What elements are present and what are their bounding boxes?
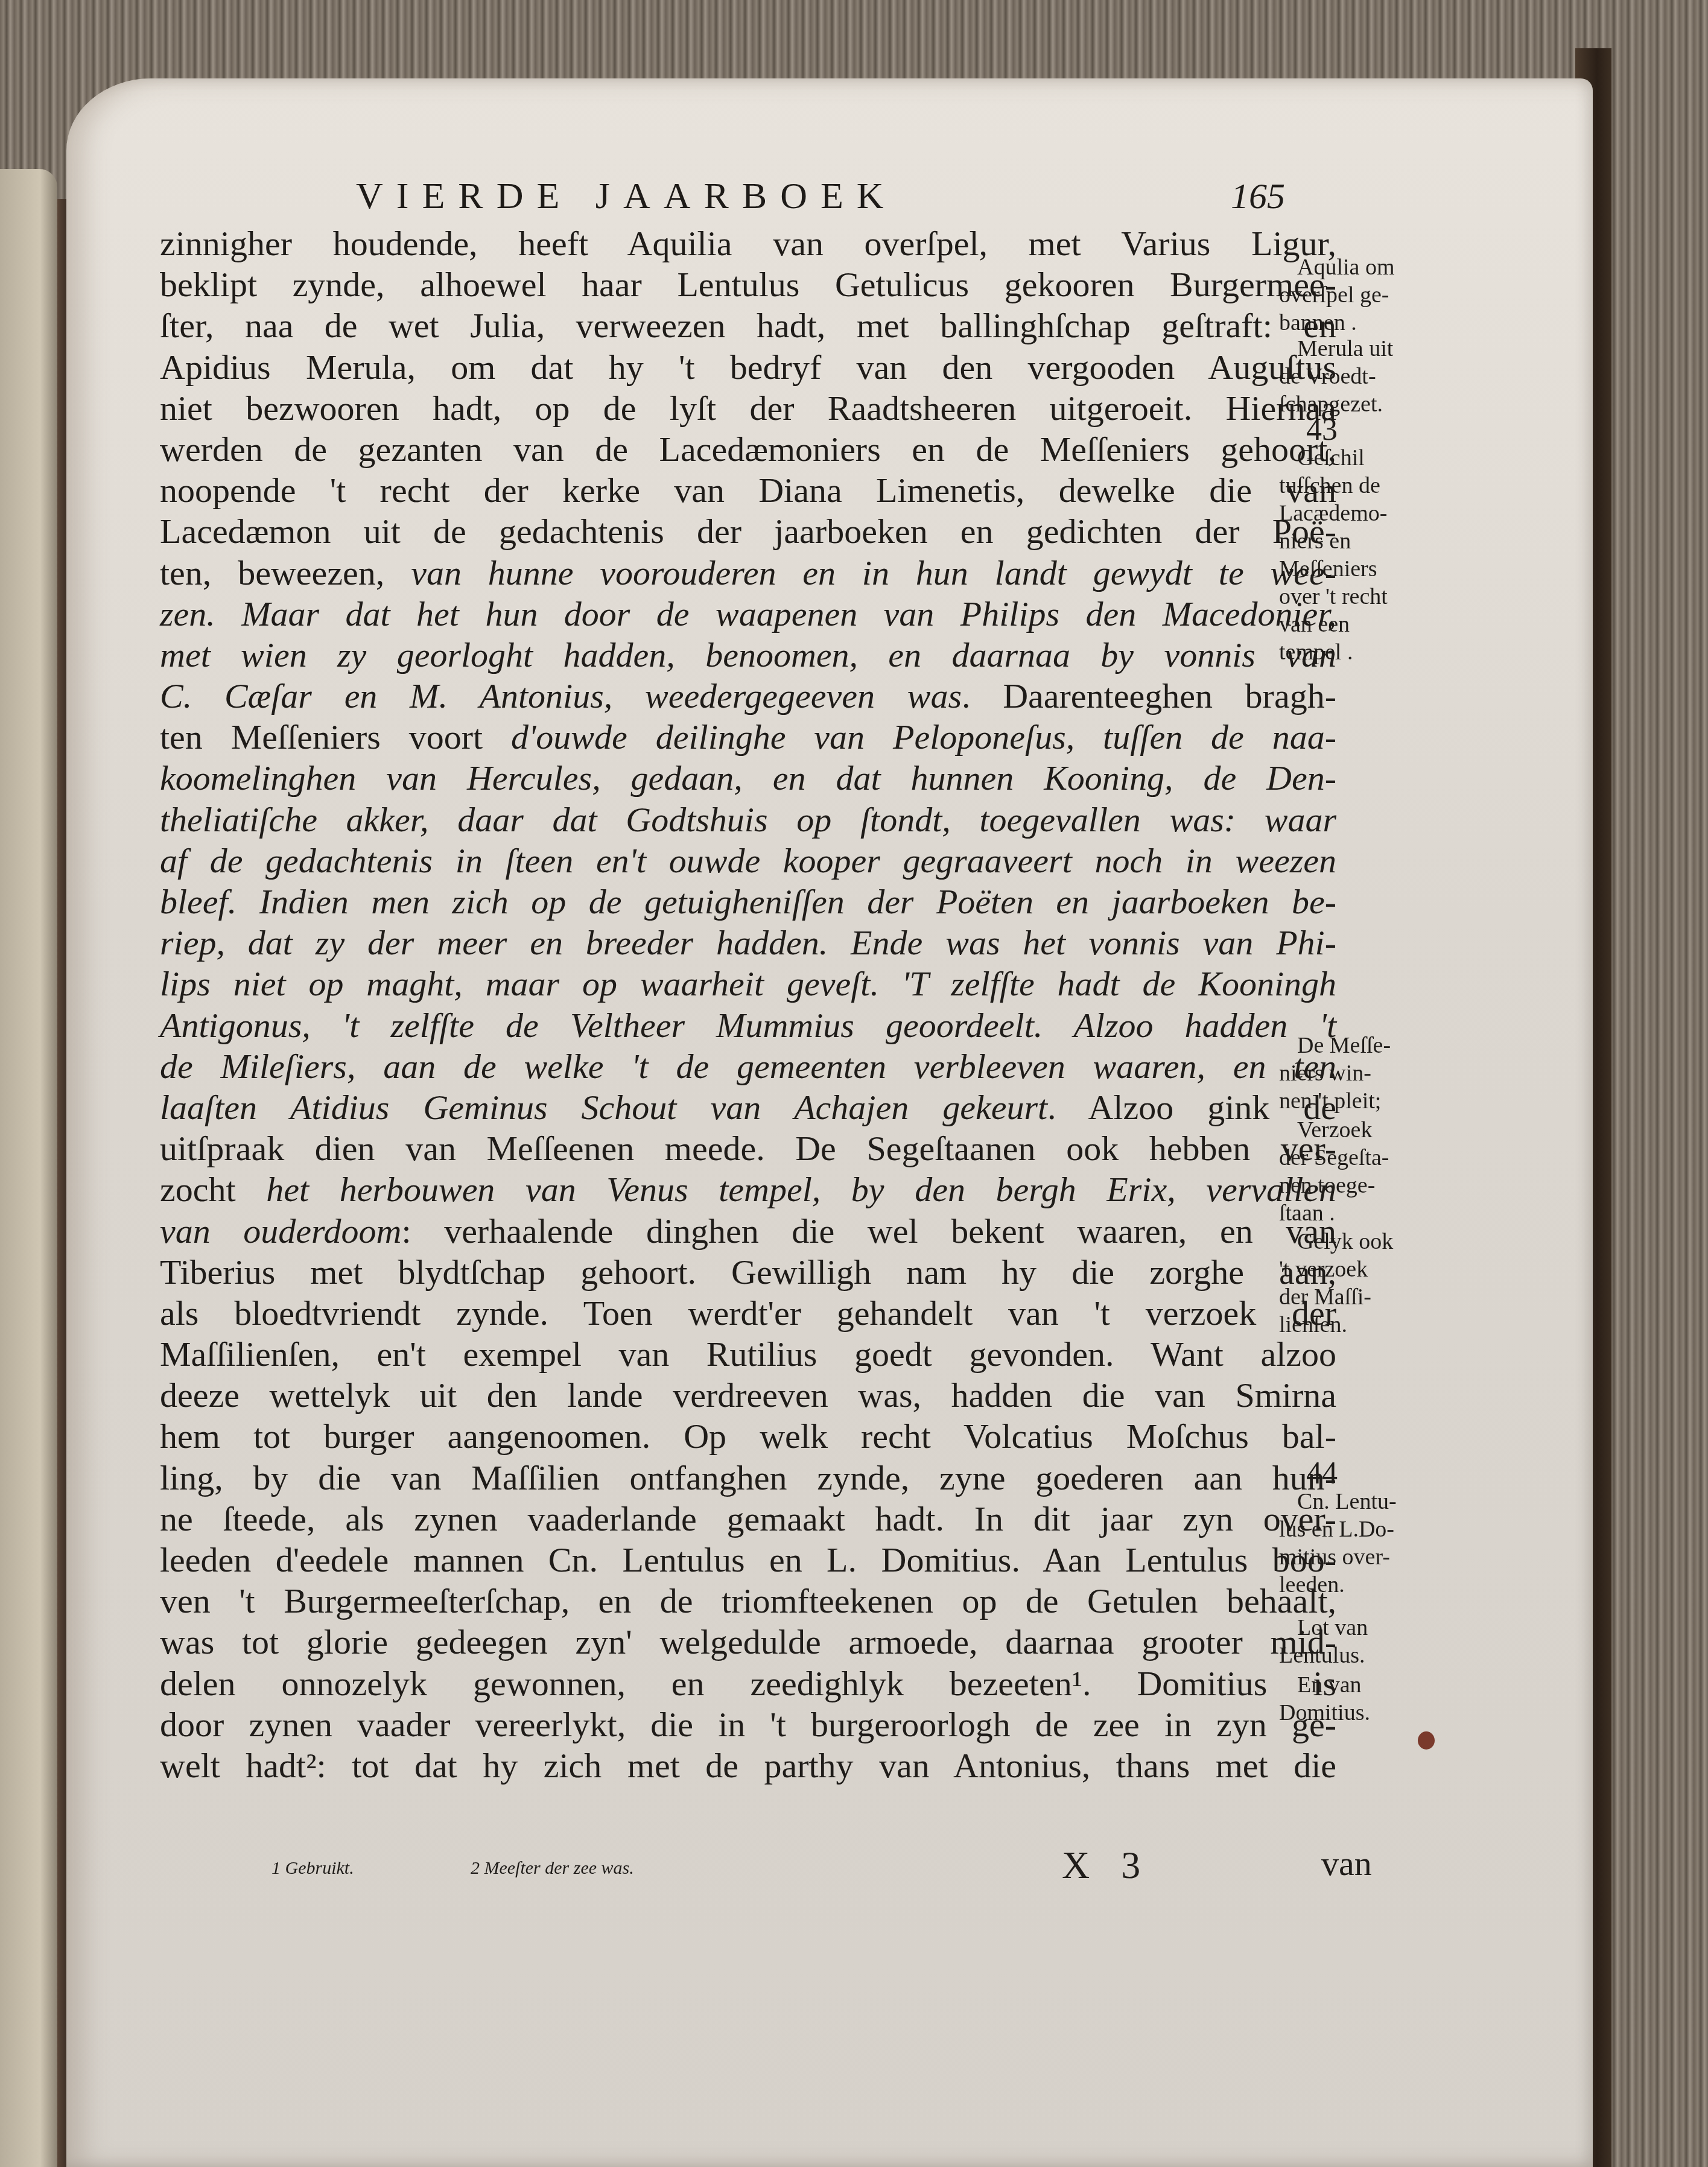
section-number: 43 [1279,416,1460,444]
margin-note-line: nen 't pleit; [1279,1087,1460,1115]
margin-note-line: Merula uit [1279,335,1460,363]
margin-note: De Meſſe-niers win-nen 't pleit; [1279,1032,1460,1115]
roman-segment: . Daarenteeghen bragh- [962,676,1336,715]
margin-note-line: bannen . [1279,309,1460,337]
margin-note-line: overſpel ge- [1279,281,1460,309]
italic-segment: koomelinghen van Hercules, gedaan, en da… [160,758,1336,798]
text-line: riep, dat zy der meer en breeder hadden.… [160,922,1336,963]
text-line: Tiberius met blydtſchap gehoort. Gewilli… [160,1252,1336,1293]
text-line: zinnigher houdende, heeft Aquilia van ov… [160,223,1336,264]
running-head: VIERDE JAARBOEK 165 [356,175,1285,218]
roman-segment: ſter, naa de wet Julia, verweezen hadt, … [160,306,1336,345]
margin-note-line: De Meſſe- [1279,1032,1460,1059]
text-line: Apidius Merula, om dat hy 't bedryf van … [160,347,1336,388]
text-line: beklipt zynde, alhoewel haar Lentulus Ge… [160,264,1336,305]
text-line: met wien zy georloght hadden, benoomen, … [160,635,1336,676]
roman-segment: werden de gezanten van de Lacedæmoniers … [160,430,1336,469]
roman-segment: beklipt zynde, alhoewel haar Lentulus Ge… [160,265,1336,304]
roman-segment: als bloedtvriendt zynde. Toen werdt'er g… [160,1293,1336,1333]
page-number: 165 [1231,176,1285,217]
margin-note: Aqulia omoverſpel ge-bannen . [1279,253,1460,337]
text-line: Lacedæmon uit de gedachtenis der jaarboe… [160,511,1336,552]
italic-segment: van hunne voorouderen en in hun landt ge… [411,553,1336,592]
roman-segment: ten Meſſeniers voort [160,717,511,757]
margin-note-line: Gelyk ook [1279,1228,1460,1255]
text-line: de Mileſiers, aan de welke 't de gemeent… [160,1046,1336,1087]
text-line: ne ſteede, als zynen vaaderlande gemaakt… [160,1499,1336,1540]
roman-segment: hem tot burger aangenoomen. Op welk rech… [160,1417,1336,1456]
margin-note-line: Aqulia om [1279,253,1460,281]
text-line: Antigonus, 't zelfſte de Veltheer Mummiu… [160,1005,1336,1046]
italic-segment: bleef. Indien men zich op de getuigheniſ… [160,882,1336,921]
italic-segment: lips niet op maght, maar op waarheit gev… [160,964,1336,1003]
text-line: welt hadt²: tot dat hy zich met de parth… [160,1745,1336,1786]
roman-segment: zinnigher houdende, heeft Aquilia van ov… [160,224,1336,263]
footnote-2: 2 Meeſter der zee was. [471,1858,634,1879]
text-line: van ouderdoom: verhaalende dinghen die w… [160,1211,1336,1252]
margin-note-line: der Maſſi- [1279,1283,1460,1311]
text-line: uitſpraak dien van Meſſeenen meede. De S… [160,1128,1336,1169]
text-line: hem tot burger aangenoomen. Op welk rech… [160,1416,1336,1457]
roman-segment: ling, by die van Maſſilien ontfanghen zy… [160,1458,1336,1497]
margin-note: Verzoekder Segeſta-nen toege-ſtaan . [1279,1116,1460,1227]
signature-mark: X 3 [1062,1843,1151,1888]
roman-segment: Maſſilienſen, en't exempel van Rutilius … [160,1334,1336,1374]
margin-note: Merula uitde Vroedt-ſchapgezet. [1279,335,1460,418]
text-line: delen onnozelyk gewonnen, en zeedighlyk … [160,1663,1336,1704]
margin-note-line: niers en [1279,527,1460,555]
margin-note-line: Lot van [1279,1614,1460,1642]
margin-note-line: Domitius. [1279,1699,1460,1727]
roman-segment: zocht [160,1170,266,1209]
roman-segment: Lacedæmon uit de gedachtenis der jaarboe… [160,512,1336,551]
margin-note-line: nen toege- [1279,1172,1460,1199]
text-line: werden de gezanten van de Lacedæmoniers … [160,429,1336,470]
italic-segment: laaſten Atidius Geminus Schout van Achaj… [160,1088,1047,1127]
margin-note-line: van een [1279,611,1460,638]
margin-note-line: over 't recht [1279,583,1460,611]
section-number: 44 [1279,1460,1460,1488]
roman-segment: uitſpraak dien van Meſſeenen meede. De S… [160,1129,1336,1168]
margin-note-line: tuſſchen de [1279,472,1460,500]
text-line: laaſten Atidius Geminus Schout van Achaj… [160,1087,1336,1128]
margin-note-line: tempel . [1279,638,1460,666]
italic-segment: C. Cæſar en M. Antonius, weedergegeeven … [160,676,962,715]
margin-note-line: Cn. Lentu- [1279,1488,1460,1515]
roman-segment: leeden d'eedele mannen Cn. Lentulus en L… [160,1540,1336,1579]
text-line: ven 't Burgermeeſterſchap, en de triomft… [160,1581,1336,1622]
book-page: VIERDE JAARBOEK 165 zinnigher houdende, … [66,78,1593,2167]
margin-note-line: niers win- [1279,1059,1460,1087]
italic-segment: af de gedachtenis in ſteen en't ouwde ko… [160,841,1336,880]
italic-segment: d'ouwde deilinghe van Peloponeſus, tuſſe… [511,717,1336,757]
roman-segment: door zynen vaader vereerlykt, die in 't … [160,1705,1336,1744]
margin-note: Gelyk ook't verzoekder Maſſi-lienſen. [1279,1228,1460,1339]
roman-segment: noopende 't recht der kerke van Diana Li… [160,471,1336,510]
roman-segment: ten, beweezen, [160,553,411,592]
text-line: theliatiſche akker, daar dat Godtshuis o… [160,799,1336,840]
page-footer: 1 Gebruikt. 2 Meeſter der zee was. X 3 v… [271,1840,1357,1888]
text-line: deeze wettelyk uit den lande verdreeven … [160,1375,1336,1416]
margin-note-line: lus en L.Do- [1279,1515,1460,1543]
roman-segment: niet bezwooren hadt, op de lyſt der Raad… [160,389,1336,428]
text-line: als bloedtvriendt zynde. Toen werdt'er g… [160,1293,1336,1334]
margin-note: En vanDomitius. [1279,1671,1460,1727]
margin-note-line: Geſchil [1279,444,1460,472]
text-line: bleef. Indien men zich op de getuigheniſ… [160,881,1336,922]
roman-segment: ne ſteede, als zynen vaaderlande gemaakt… [160,1499,1336,1538]
roman-segment: ven 't Burgermeeſterſchap, en de triomft… [160,1581,1336,1620]
text-line: Maſſilienſen, en't exempel van Rutilius … [160,1334,1336,1375]
italic-segment: met wien zy georloght hadden, benoomen, … [160,635,1336,674]
italic-segment: riep, dat zy der meer en breeder hadden.… [160,923,1336,962]
text-line: was tot glorie gedeegen zyn' welgedulde … [160,1622,1336,1663]
text-line: niet bezwooren hadt, op de lyſt der Raad… [160,388,1336,429]
margin-note-line: Meſſeniers [1279,555,1460,583]
ink-stain [1418,1731,1435,1750]
catchword: van [1321,1843,1372,1883]
margin-note: 43Geſchiltuſſchen deLacædemo-niers enMeſ… [1279,416,1460,666]
margin-note: Lot vanLentulus. [1279,1614,1460,1669]
footnote-1: 1 Gebruikt. [271,1858,354,1879]
facing-page-edge [0,169,57,2167]
roman-segment: delen onnozelyk gewonnen, en zeedighlyk … [160,1664,1336,1703]
text-line: zen. Maar dat het hun door de waapenen v… [160,594,1336,635]
roman-segment: Apidius Merula, om dat hy 't bedryf van … [160,347,1336,387]
margin-note-line: de Vroedt- [1279,363,1460,390]
margin-note-line: ſtaan . [1279,1199,1460,1227]
text-line: zocht het herbouwen van Venus tempel, by… [160,1169,1336,1210]
main-text-column: zinnigher houdende, heeft Aquilia van ov… [160,223,1336,1786]
text-line: ſter, naa de wet Julia, verweezen hadt, … [160,305,1336,346]
text-line: ten Meſſeniers voort d'ouwde deilinghe v… [160,717,1336,758]
margin-note: 44Cn. Lentu-lus en L.Do-mitius over-leed… [1279,1460,1460,1599]
margin-note-line: Lacædemo- [1279,500,1460,527]
margin-note-line: mitius over- [1279,1543,1460,1571]
running-title: VIERDE JAARBOEK [356,175,897,218]
margin-note-line: Verzoek [1279,1116,1460,1144]
text-line: ten, beweezen, van hunne voorouderen en … [160,553,1336,594]
italic-segment: theliatiſche akker, daar dat Godtshuis o… [160,800,1336,839]
roman-segment: : verhaalende dinghen die wel bekent waa… [401,1211,1336,1251]
text-line: af de gedachtenis in ſteen en't ouwde ko… [160,840,1336,881]
roman-segment: Tiberius met blydtſchap gehoort. Gewilli… [160,1252,1336,1292]
margin-note-line: Lentulus. [1279,1642,1460,1669]
margin-note-line: leeden. [1279,1571,1460,1599]
text-line: C. Cæſar en M. Antonius, weedergegeeven … [160,676,1336,717]
italic-segment: het herbouwen van Venus tempel, by den b… [266,1170,1336,1209]
margin-note-line: der Segeſta- [1279,1144,1460,1172]
text-line: noopende 't recht der kerke van Diana Li… [160,470,1336,511]
text-line: ling, by die van Maſſilien ontfanghen zy… [160,1458,1336,1499]
text-line: leeden d'eedele mannen Cn. Lentulus en L… [160,1540,1336,1581]
italic-segment: Antigonus, 't zelfſte de Veltheer Mummiu… [160,1006,1336,1045]
roman-segment: deeze wettelyk uit den lande verdreeven … [160,1375,1336,1415]
margin-note-line: lienſen. [1279,1311,1460,1339]
roman-segment: was tot glorie gedeegen zyn' welgedulde … [160,1622,1336,1661]
text-line: door zynen vaader vereerlykt, die in 't … [160,1704,1336,1745]
italic-segment: zen. Maar dat het hun door de waapenen v… [160,594,1336,633]
roman-segment: welt hadt²: tot dat hy zich met de parth… [160,1746,1336,1785]
italic-segment: van ouderdoom [160,1211,401,1251]
margin-note-line: En van [1279,1671,1460,1699]
text-line: koomelinghen van Hercules, gedaan, en da… [160,758,1336,799]
italic-segment: de Mileſiers, aan de welke 't de gemeent… [160,1047,1336,1086]
text-line: lips niet op maght, maar op waarheit gev… [160,963,1336,1004]
margin-note-line: 't verzoek [1279,1255,1460,1283]
